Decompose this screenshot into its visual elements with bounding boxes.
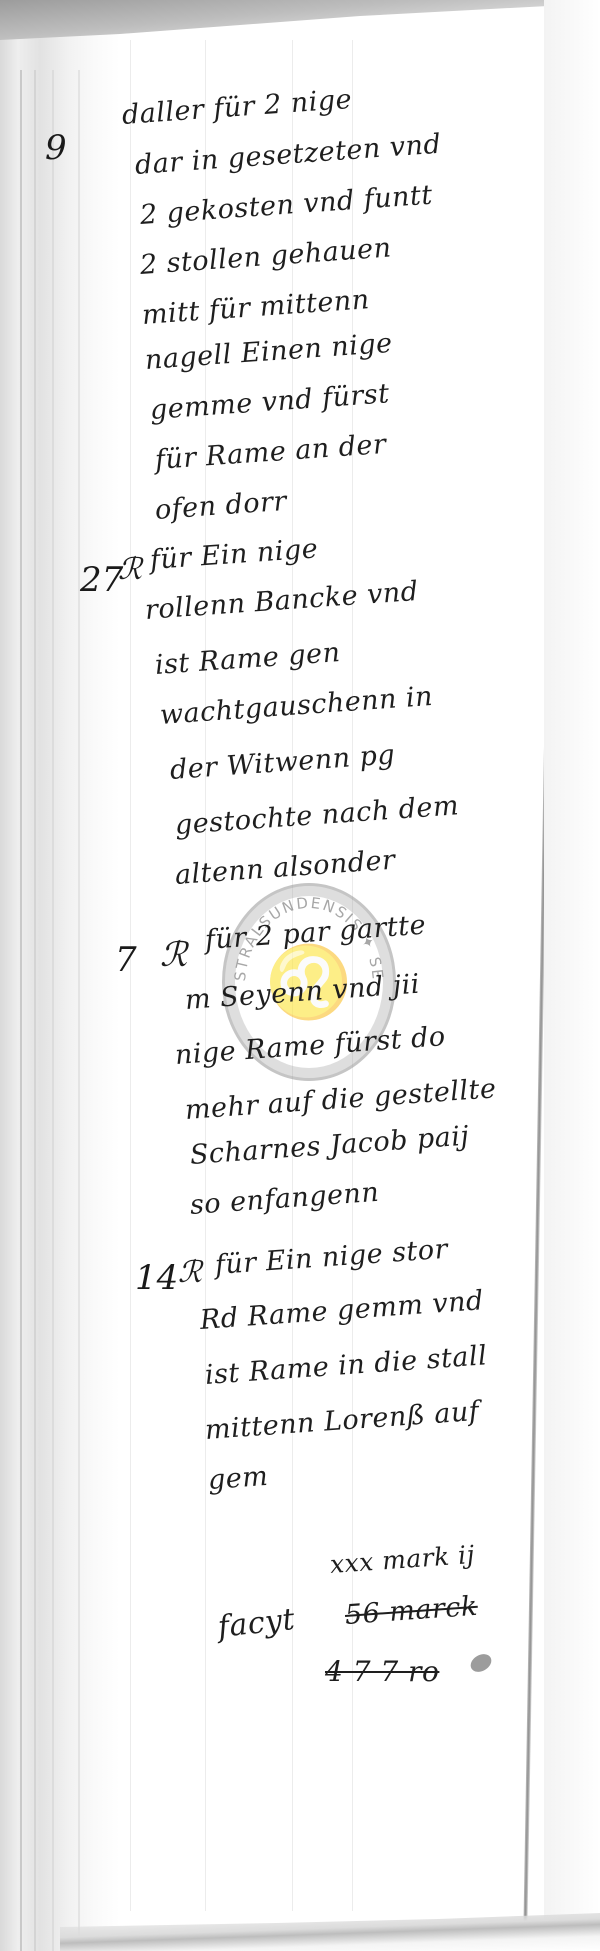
- currency-symbol: ℛ: [178, 1255, 202, 1290]
- entry-amount: 7: [115, 940, 137, 980]
- entry-amount: 14: [135, 1258, 178, 1298]
- page-stack-edge: [78, 70, 80, 1951]
- entry-amount: 27: [80, 560, 123, 600]
- page-stack-edge: [34, 70, 36, 1951]
- page-stack-edge: [52, 70, 54, 1951]
- entry-line: gem: [207, 1461, 269, 1496]
- facing-page-edge: [544, 0, 600, 1951]
- total-amount-below-struck: 4 7 7 ro: [325, 1655, 439, 1688]
- currency-symbol: ℛ: [118, 552, 142, 587]
- page-stack-edge: [20, 70, 22, 1951]
- currency-symbol: ℛ: [160, 935, 188, 975]
- entry-amount: 9: [45, 128, 67, 168]
